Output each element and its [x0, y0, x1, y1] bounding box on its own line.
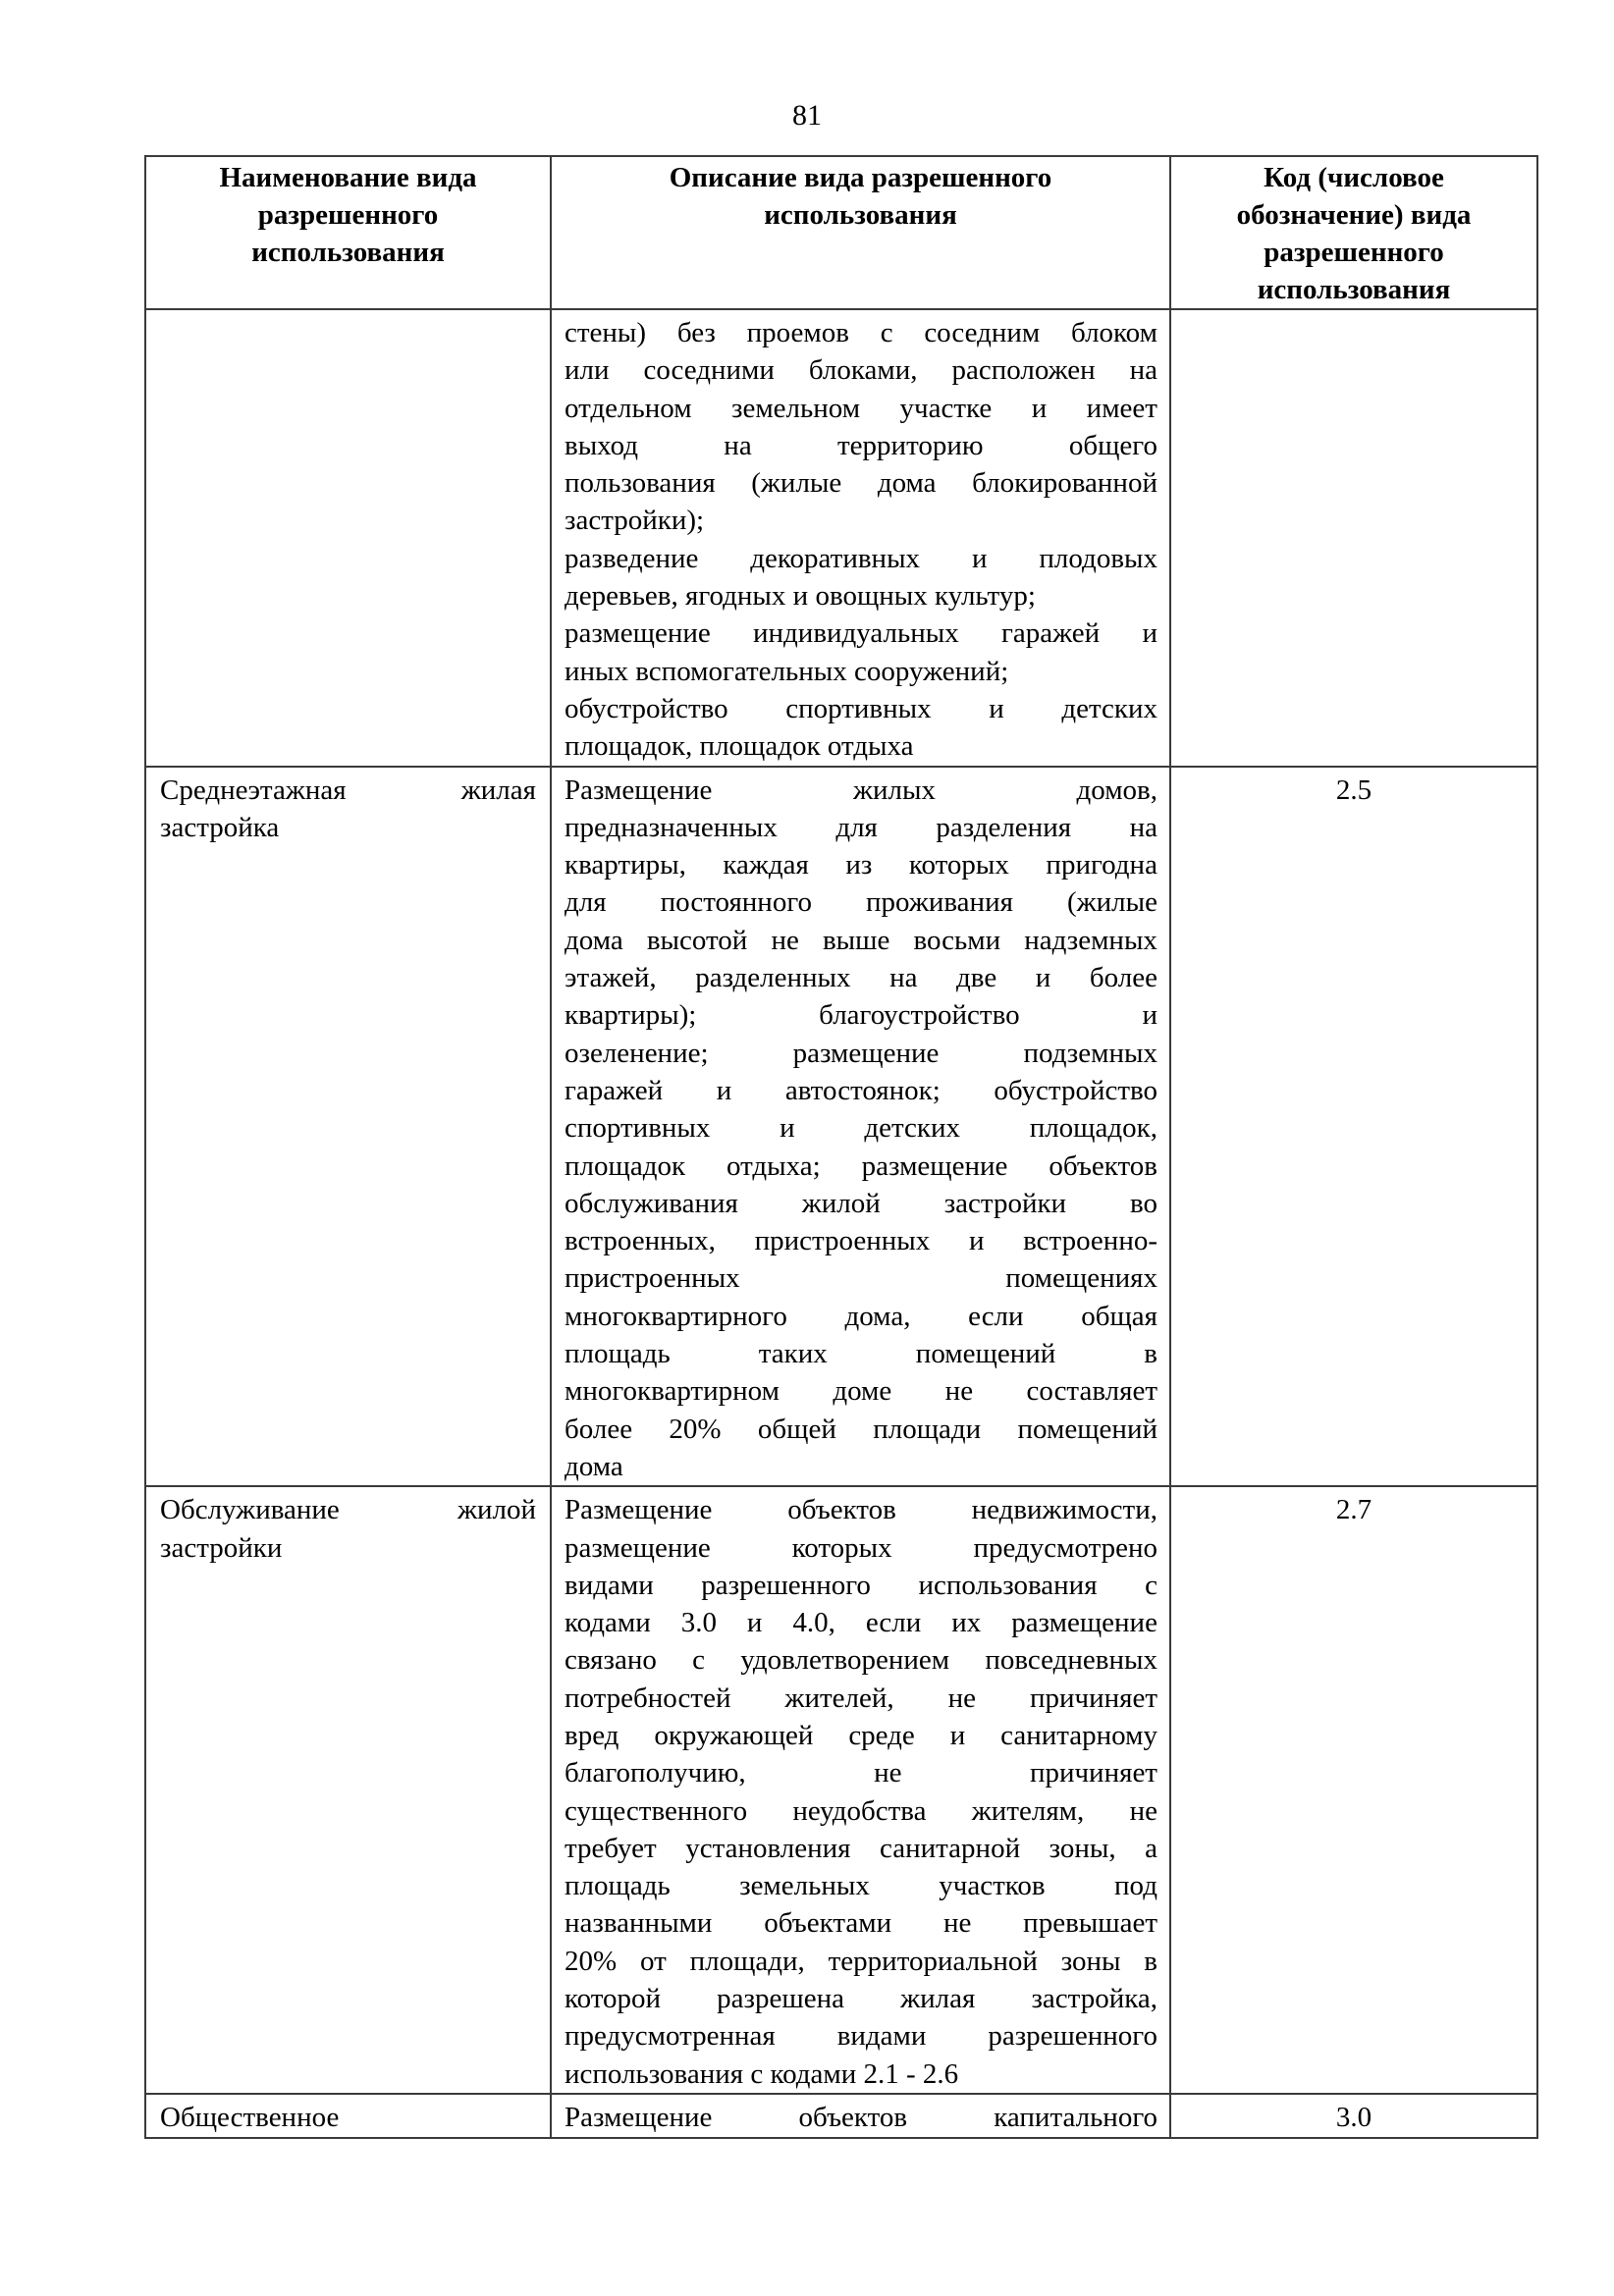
text-line: многоквартирномдоменесоставляет	[565, 1372, 1157, 1410]
text-line: Общественное	[160, 2099, 536, 2136]
text-line: 20%отплощади,территориальнойзоныв	[565, 1943, 1157, 1980]
text-line: дома	[565, 1448, 1157, 1485]
text-line: обслуживанияжилойзастройкиво	[565, 1185, 1157, 1222]
text-line: Размещениеобъектовкапитального	[565, 2099, 1157, 2136]
text-line: выходнатерриториюобщего	[565, 427, 1157, 464]
header-use-name: Наименование видаразрешенногоиспользован…	[145, 156, 551, 309]
text-line: более20%общейплощадипомещений	[565, 1411, 1157, 1448]
text-line: застройка	[160, 809, 536, 846]
text-line: деревьев,ягодныхиовощныхкультур;	[565, 577, 1157, 614]
text-line: предназначенныхдляразделенияна	[565, 809, 1157, 846]
use-name-cell	[145, 309, 551, 767]
table-row: Обслуживаниежилойзастройки Размещениеобъ…	[145, 1486, 1537, 2094]
use-name-cell: Общественное	[145, 2094, 551, 2137]
use-code-cell: 2.7	[1170, 1486, 1537, 2094]
header-line: использования	[552, 196, 1169, 234]
use-description-cell: Размещениежилыхдомов,предназначенныхдляр…	[551, 767, 1170, 1487]
text-line: иныхвспомогательныхсооружений;	[565, 653, 1157, 690]
text-line: пользования(жилыедомаблокированной	[565, 464, 1157, 502]
text-line: многоквартирногодома,еслиобщая	[565, 1298, 1157, 1335]
text-line: существенногонеудобстважителям,не	[565, 1792, 1157, 1830]
header-line: разрешенного	[146, 196, 550, 234]
header-line: Наименование вида	[146, 159, 550, 196]
text-line: Размещениеобъектовнедвижимости,	[565, 1491, 1157, 1528]
text-line: встроенных,пристроенныхивстроенно-	[565, 1222, 1157, 1259]
text-line: названнымиобъектаминепревышает	[565, 1904, 1157, 1942]
header-line: Описание вида разрешенного	[552, 159, 1169, 196]
use-code-cell	[1170, 309, 1537, 767]
text-line: связаносудовлетворениемповседневных	[565, 1641, 1157, 1679]
text-line: гаражейиавтостоянок;обустройство	[565, 1072, 1157, 1109]
text-line: застройки	[160, 1529, 536, 1567]
text-line: пристроенныхпомещениях	[565, 1259, 1157, 1297]
text-line: Обслуживаниежилой	[160, 1491, 536, 1528]
text-line: дляпостоянногопроживания(жилые	[565, 883, 1157, 921]
text-line: озеленение;размещениеподземных	[565, 1035, 1157, 1072]
text-line: илисоседнимиблоками,расположенна	[565, 351, 1157, 389]
text-line: потребностейжителей,непричиняет	[565, 1680, 1157, 1717]
text-line: Размещениежилыхдомов,	[565, 772, 1157, 809]
text-line: обустройствоспортивныхидетских	[565, 690, 1157, 727]
text-line: требуетустановлениясанитарнойзоны,а	[565, 1830, 1157, 1867]
header-line: использования	[146, 234, 550, 271]
text-line: площадьземельныхучастковпод	[565, 1867, 1157, 1904]
text-line: кодами3.0и4.0,еслиихразмещение	[565, 1604, 1157, 1641]
use-name-cell: Среднеэтажнаяжилаязастройка	[145, 767, 551, 1487]
text-line: использованияскодами2.1-2.6	[565, 2056, 1157, 2093]
use-name-cell: Обслуживаниежилойзастройки	[145, 1486, 551, 2094]
text-line: которойразрешенажилаязастройка,	[565, 1980, 1157, 2017]
text-line: застройки);	[565, 502, 1157, 539]
use-code-cell: 3.0	[1170, 2094, 1537, 2137]
text-line: квартиры,каждаяизкоторыхпригодна	[565, 846, 1157, 883]
use-description-cell: Размещениеобъектовнедвижимости,размещени…	[551, 1486, 1170, 2094]
header-use-description: Описание вида разрешенногоиспользования	[551, 156, 1170, 309]
table-row: стены)безпроемовссоседнимблокомилисоседн…	[145, 309, 1537, 767]
header-line: обозначение) вида	[1171, 196, 1536, 234]
text-line: квартиры);благоустройствои	[565, 996, 1157, 1034]
text-line: вредокружающейсредеисанитарному	[565, 1717, 1157, 1754]
page-number: 81	[0, 96, 1614, 135]
text-line: предусмотреннаявидамиразрешенного	[565, 2017, 1157, 2055]
permitted-use-table: Наименование видаразрешенногоиспользован…	[144, 155, 1538, 2139]
text-line: Среднеэтажнаяжилая	[160, 772, 536, 809]
text-line: площадок,площадокотдыха	[565, 727, 1157, 765]
header-line: Код (числовое	[1171, 159, 1536, 196]
use-description-cell: стены)безпроемовссоседнимблокомилисоседн…	[551, 309, 1170, 767]
text-line: разведениедекоративныхиплодовых	[565, 540, 1157, 577]
header-use-code: Код (числовоеобозначение) видаразрешенно…	[1170, 156, 1537, 309]
text-line: спортивныхидетскихплощадок,	[565, 1109, 1157, 1147]
text-line: видамиразрешенногоиспользованияс	[565, 1567, 1157, 1604]
table-row: Среднеэтажнаяжилаязастройка Размещениежи…	[145, 767, 1537, 1487]
text-line: домавысотойневышевосьминадземных	[565, 922, 1157, 959]
text-line: размещениеиндивидуальныхгаражейи	[565, 614, 1157, 652]
header-line: использования	[1171, 271, 1536, 308]
text-line: благополучию,непричиняет	[565, 1754, 1157, 1791]
table-header-row: Наименование видаразрешенногоиспользован…	[145, 156, 1537, 309]
use-description-cell: Размещениеобъектовкапитального	[551, 2094, 1170, 2137]
text-line: площадокотдыха;размещениеобъектов	[565, 1148, 1157, 1185]
table-row: Общественное Размещениеобъектовкапитальн…	[145, 2094, 1537, 2137]
use-code-cell: 2.5	[1170, 767, 1537, 1487]
text-line: площадьтакихпомещенийв	[565, 1335, 1157, 1372]
text-line: размещениекоторыхпредусмотрено	[565, 1529, 1157, 1567]
text-line: стены)безпроемовссоседнимблоком	[565, 314, 1157, 351]
header-line: разрешенного	[1171, 234, 1536, 271]
text-line: этажей,разделенныхнадвеиболее	[565, 959, 1157, 996]
text-line: отдельномземельномучасткеиимеет	[565, 390, 1157, 427]
